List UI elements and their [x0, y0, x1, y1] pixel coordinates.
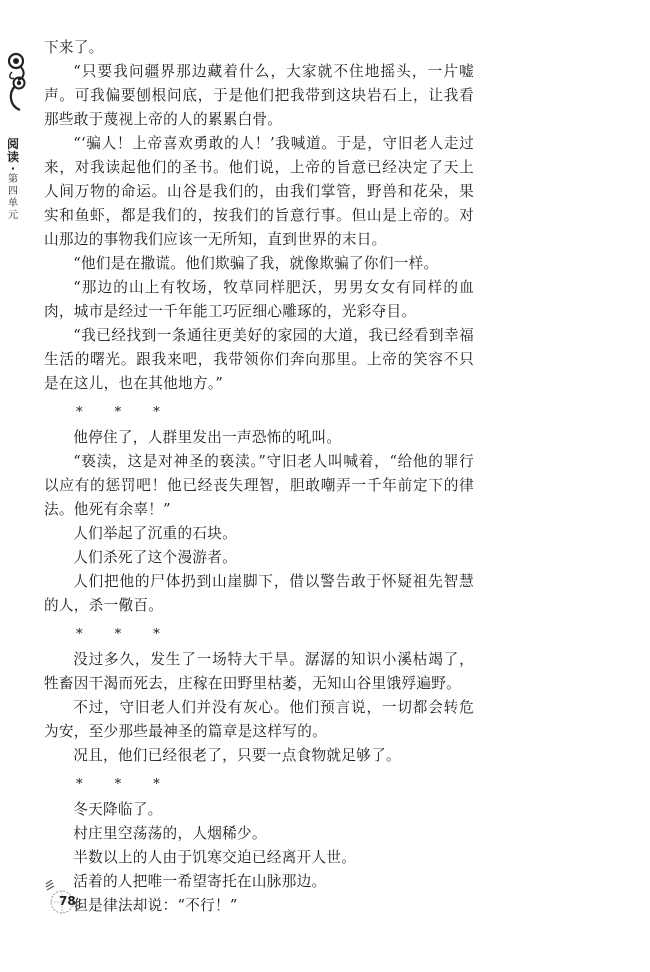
paragraph: 人们杀死了这个漫游者。 — [44, 546, 474, 570]
story-text: 下来了。 “只要我问疆界那边藏着什么，大家就不住地摇头，一片嘘声。可我偏要刨根问… — [44, 36, 474, 918]
section-separator-asterisks: * * * — [44, 772, 474, 796]
paragraph: “那边的山上有牧场，牧草同样肥沃，男男女女有同样的血肉，城市是经过一千年能工巧匠… — [44, 276, 474, 324]
paragraph: 没过多久，发生了一场特大干旱。潺潺的知识小溪枯竭了，牲畜因干渴而死去，庄稼在田野… — [44, 648, 474, 696]
unit-name: 第四单元 — [6, 174, 20, 222]
section-separator: · — [6, 164, 20, 174]
paragraph: “只要我问疆界那边藏着什么，大家就不住地摇头，一片嘘声。可我偏要刨根问底，于是他… — [44, 60, 474, 132]
book-page: 阅读 · 第四单元 下来了。 “只要我问疆界那边藏着什么，大家就不住地摇头，一片… — [0, 0, 650, 972]
section-name: 阅读 — [6, 138, 20, 164]
floral-ornament-icon — [6, 52, 28, 114]
paragraph: 人们把他的尸体扔到山崖脚下，借以警告敢于怀疑祖先智慧的人，杀一儆百。 — [44, 570, 474, 618]
paragraph: “我已经找到一条通往更美好的家园的大道，我已经看到幸福生活的曙光。跟我来吧，我带… — [44, 324, 474, 396]
page-number: 78 — [59, 894, 76, 908]
paragraph: “亵渎，这是对神圣的亵渎。”守旧老人叫喊着，“给他的罪行以应有的惩罚吧！他已经丧… — [44, 450, 474, 522]
paragraph: “‘骗人！上帝喜欢勇敢的人！’我喊道。于是，守旧老人走过来，对我读起他们的圣书。… — [44, 132, 474, 252]
section-side-label: 阅读 · 第四单元 — [6, 138, 20, 222]
paragraph: 人们举起了沉重的石块。 — [44, 522, 474, 546]
paragraph: 但是律法却说：“不行！” — [44, 894, 474, 918]
section-separator-asterisks: * * * — [44, 622, 474, 646]
paragraph: 半数以上的人由于饥寒交迫已经离开人世。 — [44, 846, 474, 870]
paragraph: 活着的人把唯一希望寄托在山脉那边。 — [44, 870, 474, 894]
paragraph: 况且，他们已经很老了，只要一点食物就足够了。 — [44, 744, 474, 768]
page-number-badge: 78 — [40, 880, 92, 920]
paragraph: 他停住了，人群里发出一声恐怖的吼叫。 — [44, 426, 474, 450]
paragraph: 下来了。 — [44, 36, 474, 60]
paragraph: 不过，守旧老人们并没有灰心。他们预言说，一切都会转危为安，至少那些最神圣的篇章是… — [44, 696, 474, 744]
paragraph: 村庄里空荡荡的，人烟稀少。 — [44, 822, 474, 846]
section-separator-asterisks: * * * — [44, 400, 474, 424]
paragraph: 冬天降临了。 — [44, 798, 474, 822]
paragraph: “他们是在撒谎。他们欺骗了我，就像欺骗了你们一样。 — [44, 252, 474, 276]
